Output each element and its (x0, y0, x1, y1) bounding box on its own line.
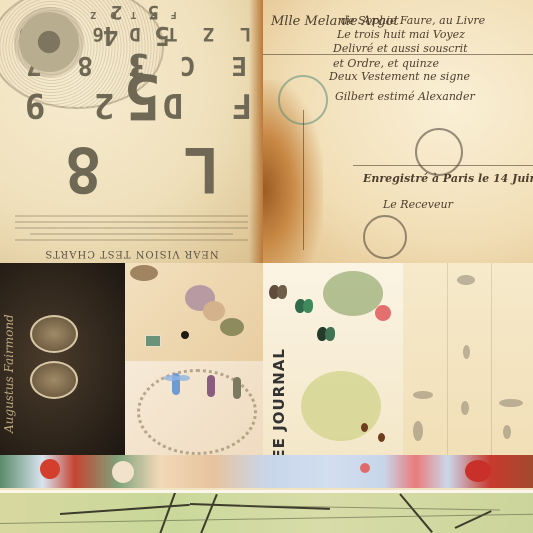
specimen-chart-panel (403, 263, 533, 455)
specimen-icon (457, 275, 475, 285)
rose-icon (203, 301, 225, 321)
rose-icon (465, 460, 491, 482)
fine-print-line (15, 215, 248, 217)
flower-icon (130, 265, 158, 281)
wing-icon (176, 375, 190, 381)
butterfly-icon (317, 327, 335, 341)
rose-icon (112, 461, 134, 483)
botanical-branch (323, 271, 383, 316)
letter-line: de Sophie Faure, au Livre (341, 14, 485, 27)
bee-icon (361, 423, 368, 432)
berry-icon (360, 463, 370, 473)
floral-panel (125, 263, 263, 361)
iris-icon (14, 7, 84, 77)
fine-print-line (15, 239, 248, 241)
bee-icon (181, 331, 189, 339)
spectacles-panel: Augustus Fairmond (0, 263, 125, 455)
burned-edge (249, 0, 263, 263)
postal-stamp (363, 215, 407, 259)
specimen-icon (413, 421, 423, 441)
eye-chart-caption: NEAR VISION TEST CHARTS (0, 248, 263, 259)
railway-line (399, 493, 433, 533)
specimen-icon (461, 401, 469, 415)
railway-line (199, 494, 218, 533)
specimen-icon (503, 425, 511, 439)
fruit-icon (375, 305, 391, 321)
ruled-line (353, 165, 533, 166)
spectacles-lens-icon (30, 361, 78, 399)
dragonfly-icon (207, 375, 215, 397)
fine-print-line (15, 227, 248, 229)
collage-paper: NEAR VISION TEST CHARTS L 8 5 F D 2 9 3 … (0, 0, 533, 533)
flower-bouquet (301, 371, 381, 441)
eye-chart-panel: NEAR VISION TEST CHARTS L 8 5 F D 2 9 3 … (0, 0, 263, 263)
script-title: Augustus Fairmond (2, 314, 16, 433)
bee-icon (378, 433, 385, 442)
dragonfly-panel (125, 361, 263, 455)
rose-icon (40, 459, 60, 479)
fine-print-line (15, 221, 248, 223)
handwritten-letter-panel: Mlle Melanie Argot de Sophie Faure, au L… (263, 0, 533, 263)
letter-line: Le trois huit mai Voyez (337, 28, 465, 41)
spectacles-lens-icon (30, 315, 78, 353)
postage-stamp-icon (145, 335, 161, 347)
specimen-icon (413, 391, 433, 399)
leaf-icon (220, 318, 244, 336)
map-road (0, 514, 533, 524)
map-border-strip (0, 490, 533, 533)
vertical-script (303, 110, 304, 250)
railway-line (159, 491, 176, 533)
dragonfly-icon (233, 377, 241, 399)
letter-line: Deux Vestement ne signe (329, 70, 470, 83)
bee-journal-panel: BEE JOURNAL (263, 263, 403, 455)
letter-line: Gilbert estimé Alexander (335, 90, 475, 103)
railway-line (455, 510, 492, 529)
floral-border-strip (0, 455, 533, 488)
letter-line: et Ordre, et quinze (333, 57, 439, 70)
letter-line: Le Receveur (383, 198, 453, 211)
postal-stamp (415, 128, 463, 176)
bee-journal-title: BEE JOURNAL (270, 332, 288, 455)
specimen-icon (463, 345, 470, 359)
column-divider (491, 263, 492, 455)
column-divider (447, 263, 448, 455)
fine-print-line (30, 233, 233, 235)
butterfly-icon (269, 285, 287, 299)
butterfly-icon (295, 299, 313, 313)
letter-line: Enregistré à Paris le 14 Juin 1858 (363, 172, 533, 185)
ruled-line (263, 54, 533, 55)
specimen-icon (499, 399, 523, 407)
